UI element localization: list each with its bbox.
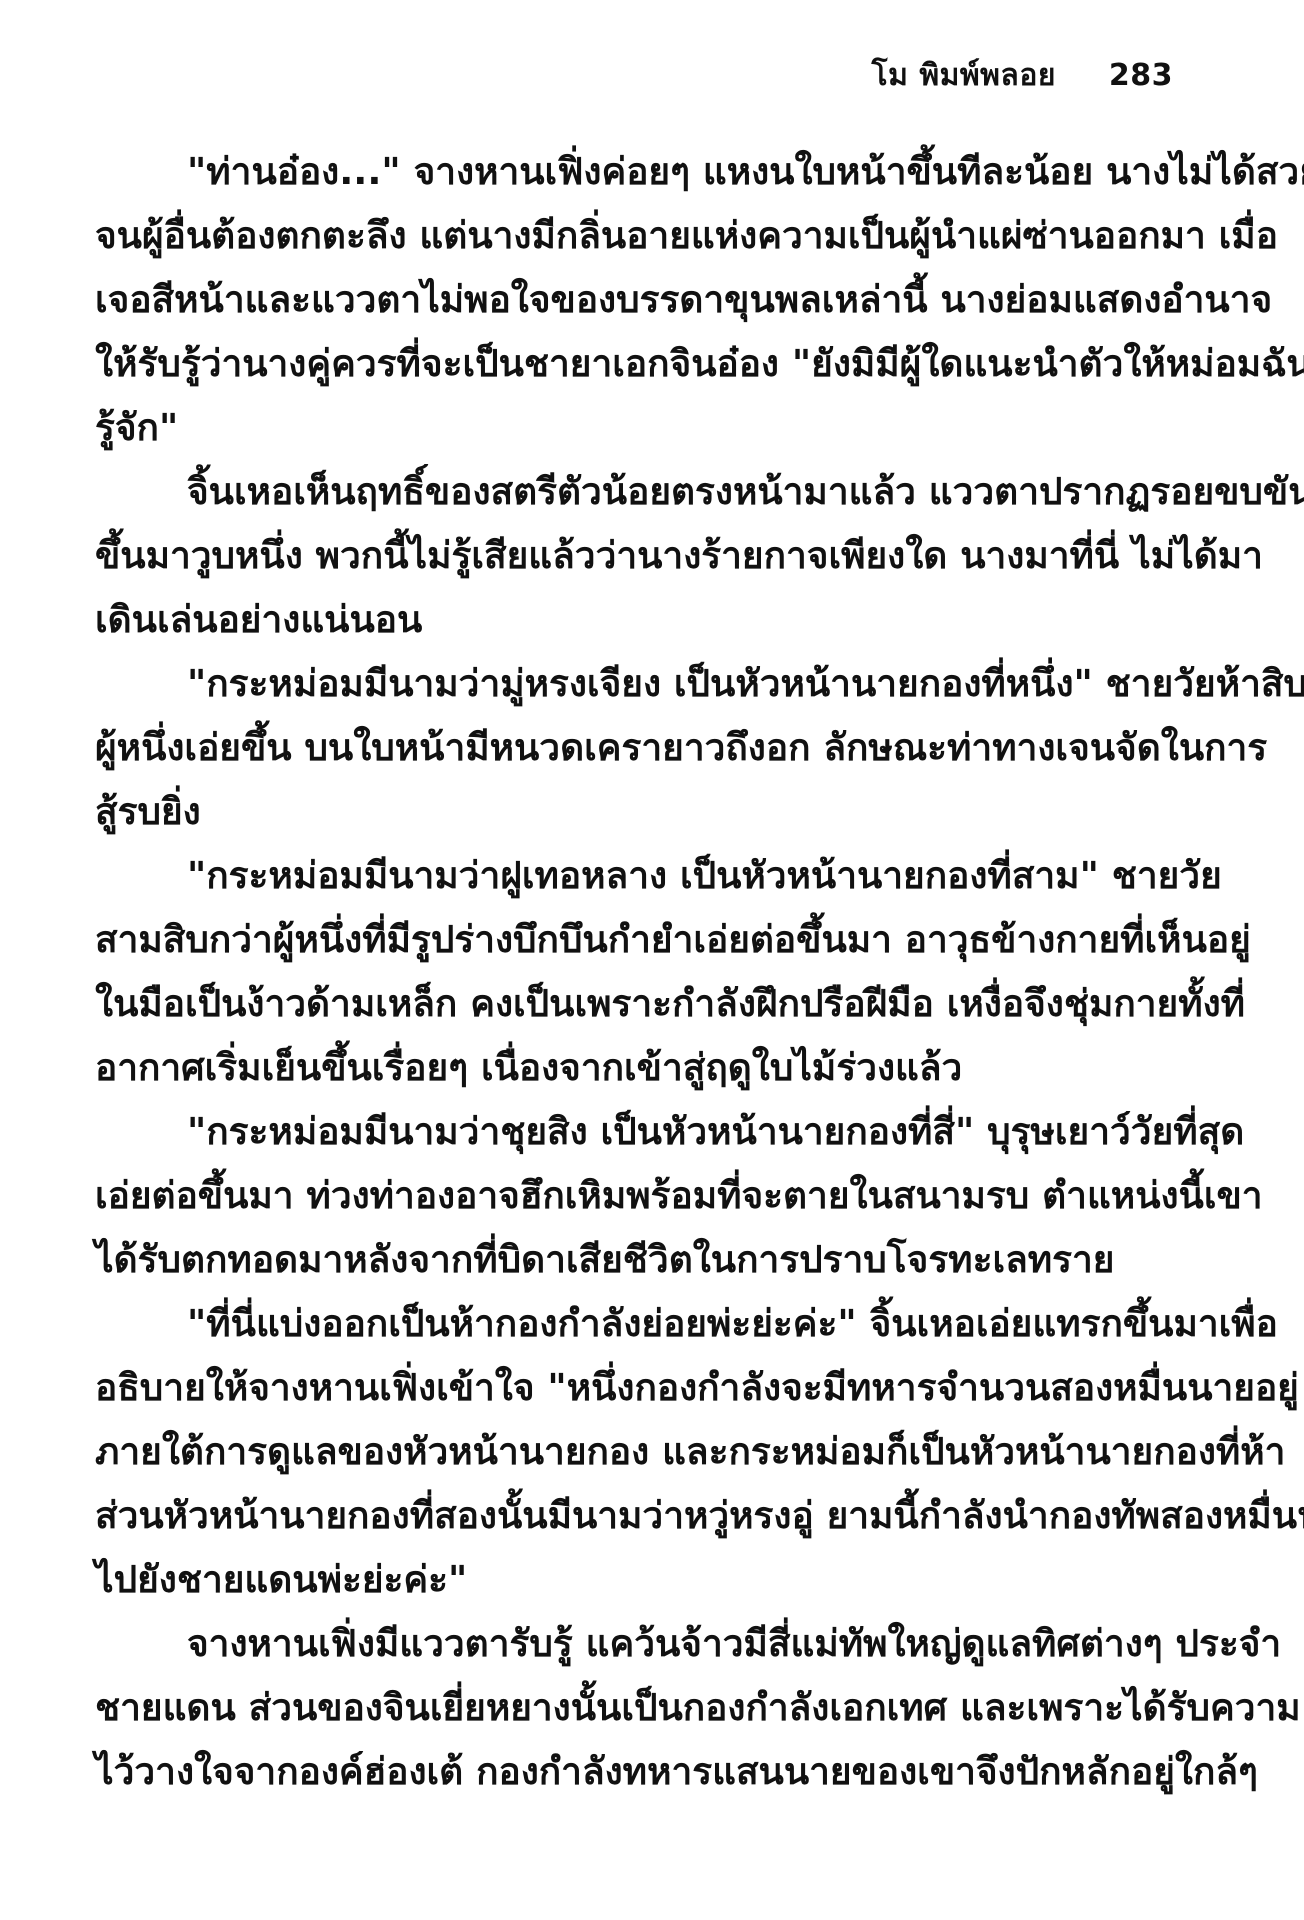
text-line: สามสิบกว่าผู้หนึ่งที่มีรูปร่างบึกบึนกำยำ… [95,908,1207,972]
text-line: เอ่ยต่อขึ้นมา ท่วงท่าองอาจฮึกเหิมพร้อมที… [95,1164,1207,1228]
text-line: "ที่นี่แบ่งออกเป็นห้ากองกำลังย่อยพ่ะย่ะค… [95,1292,1207,1356]
text-line: จิ้นเหอเห็นฤทธิ์ของสตรีตัวน้อยตรงหน้ามาแ… [95,460,1207,524]
text-line: "กระหม่อมมีนามว่าชุยสิง เป็นหัวหน้านายกอ… [95,1100,1207,1164]
text-line: "กระหม่อมมีนามว่าฝูเทอหลาง เป็นหัวหน้านา… [95,844,1207,908]
text-line: ไว้วางใจจากองค์ฮ่องเต้ กองกำลังทหารแสนนา… [95,1740,1207,1804]
text-line: ขึ้นมาวูบหนึ่ง พวกนี้ไม่รู้เสียแล้วว่านา… [95,524,1207,588]
text-line: "ท่านอ๋อง..." จางหานเฟิ่งค่อยๆ แหงนใบหน้… [95,140,1207,204]
paragraph: "ที่นี่แบ่งออกเป็นห้ากองกำลังย่อยพ่ะย่ะค… [95,1292,1207,1612]
text-line: ในมือเป็นง้าวด้ามเหล็ก คงเป็นเพราะกำลังฝ… [95,972,1207,1036]
paragraph: "กระหม่อมมีนามว่าชุยสิง เป็นหัวหน้านายกอ… [95,1100,1207,1292]
text-line: ชายแดน ส่วนของจินเยี่ยหยางนั้นเป็นกองกำล… [95,1676,1207,1740]
paragraph: "ท่านอ๋อง..." จางหานเฟิ่งค่อยๆ แหงนใบหน้… [95,140,1207,460]
text-line: รู้จัก" [95,396,1207,460]
text-line: จางหานเฟิ่งมีแววตารับรู้ แคว้นจ้าวมีสี่แ… [95,1612,1207,1676]
paragraph: จางหานเฟิ่งมีแววตารับรู้ แคว้นจ้าวมีสี่แ… [95,1612,1207,1804]
header-page-number: 283 [1109,58,1173,93]
text-line: ไปยังชายแดนพ่ะย่ะค่ะ" [95,1548,1207,1612]
text-line: อากาศเริ่มเย็นขึ้นเรื่อยๆ เนื่องจากเข้าส… [95,1036,1207,1100]
book-page: โม พิมพ์พลอย 283 "ท่านอ๋อง..." จางหานเฟิ… [0,0,1304,1920]
text-line: สู้รบยิ่ง [95,780,1207,844]
text-line: เจอสีหน้าและแววตาไม่พอใจของบรรดาขุนพลเหล… [95,268,1207,332]
page-body: "ท่านอ๋อง..." จางหานเฟิ่งค่อยๆ แหงนใบหน้… [95,140,1207,1804]
text-line: จนผู้อื่นต้องตกตะลึง แต่นางมีกลิ่นอายแห่… [95,204,1207,268]
paragraph: "กระหม่อมมีนามว่าฝูเทอหลาง เป็นหัวหน้านา… [95,844,1207,1100]
text-line: ให้รับรู้ว่านางคู่ควรที่จะเป็นชายาเอกจิน… [95,332,1207,396]
text-line: เดินเล่นอย่างแน่นอน [95,588,1207,652]
text-line: ได้รับตกทอดมาหลังจากที่บิดาเสียชีวิตในกา… [95,1228,1207,1292]
text-line: อธิบายให้จางหานเฟิ่งเข้าใจ "หนึ่งกองกำลั… [95,1356,1207,1420]
paragraph: จิ้นเหอเห็นฤทธิ์ของสตรีตัวน้อยตรงหน้ามาแ… [95,460,1207,652]
text-line: "กระหม่อมมีนามว่ามู่หรงเจียง เป็นหัวหน้า… [95,652,1207,716]
page-header: โม พิมพ์พลอย 283 [95,52,1173,99]
header-author-name: โม พิมพ์พลอย [872,52,1056,99]
paragraph: "กระหม่อมมีนามว่ามู่หรงเจียง เป็นหัวหน้า… [95,652,1207,844]
text-line: ผู้หนึ่งเอ่ยขึ้น บนใบหน้ามีหนวดเครายาวถึ… [95,716,1207,780]
text-line: ภายใต้การดูแลของหัวหน้านายกอง และกระหม่อ… [95,1420,1207,1484]
text-line: ส่วนหัวหน้านายกองที่สองนั้นมีนามว่าหวู่ห… [95,1484,1207,1548]
